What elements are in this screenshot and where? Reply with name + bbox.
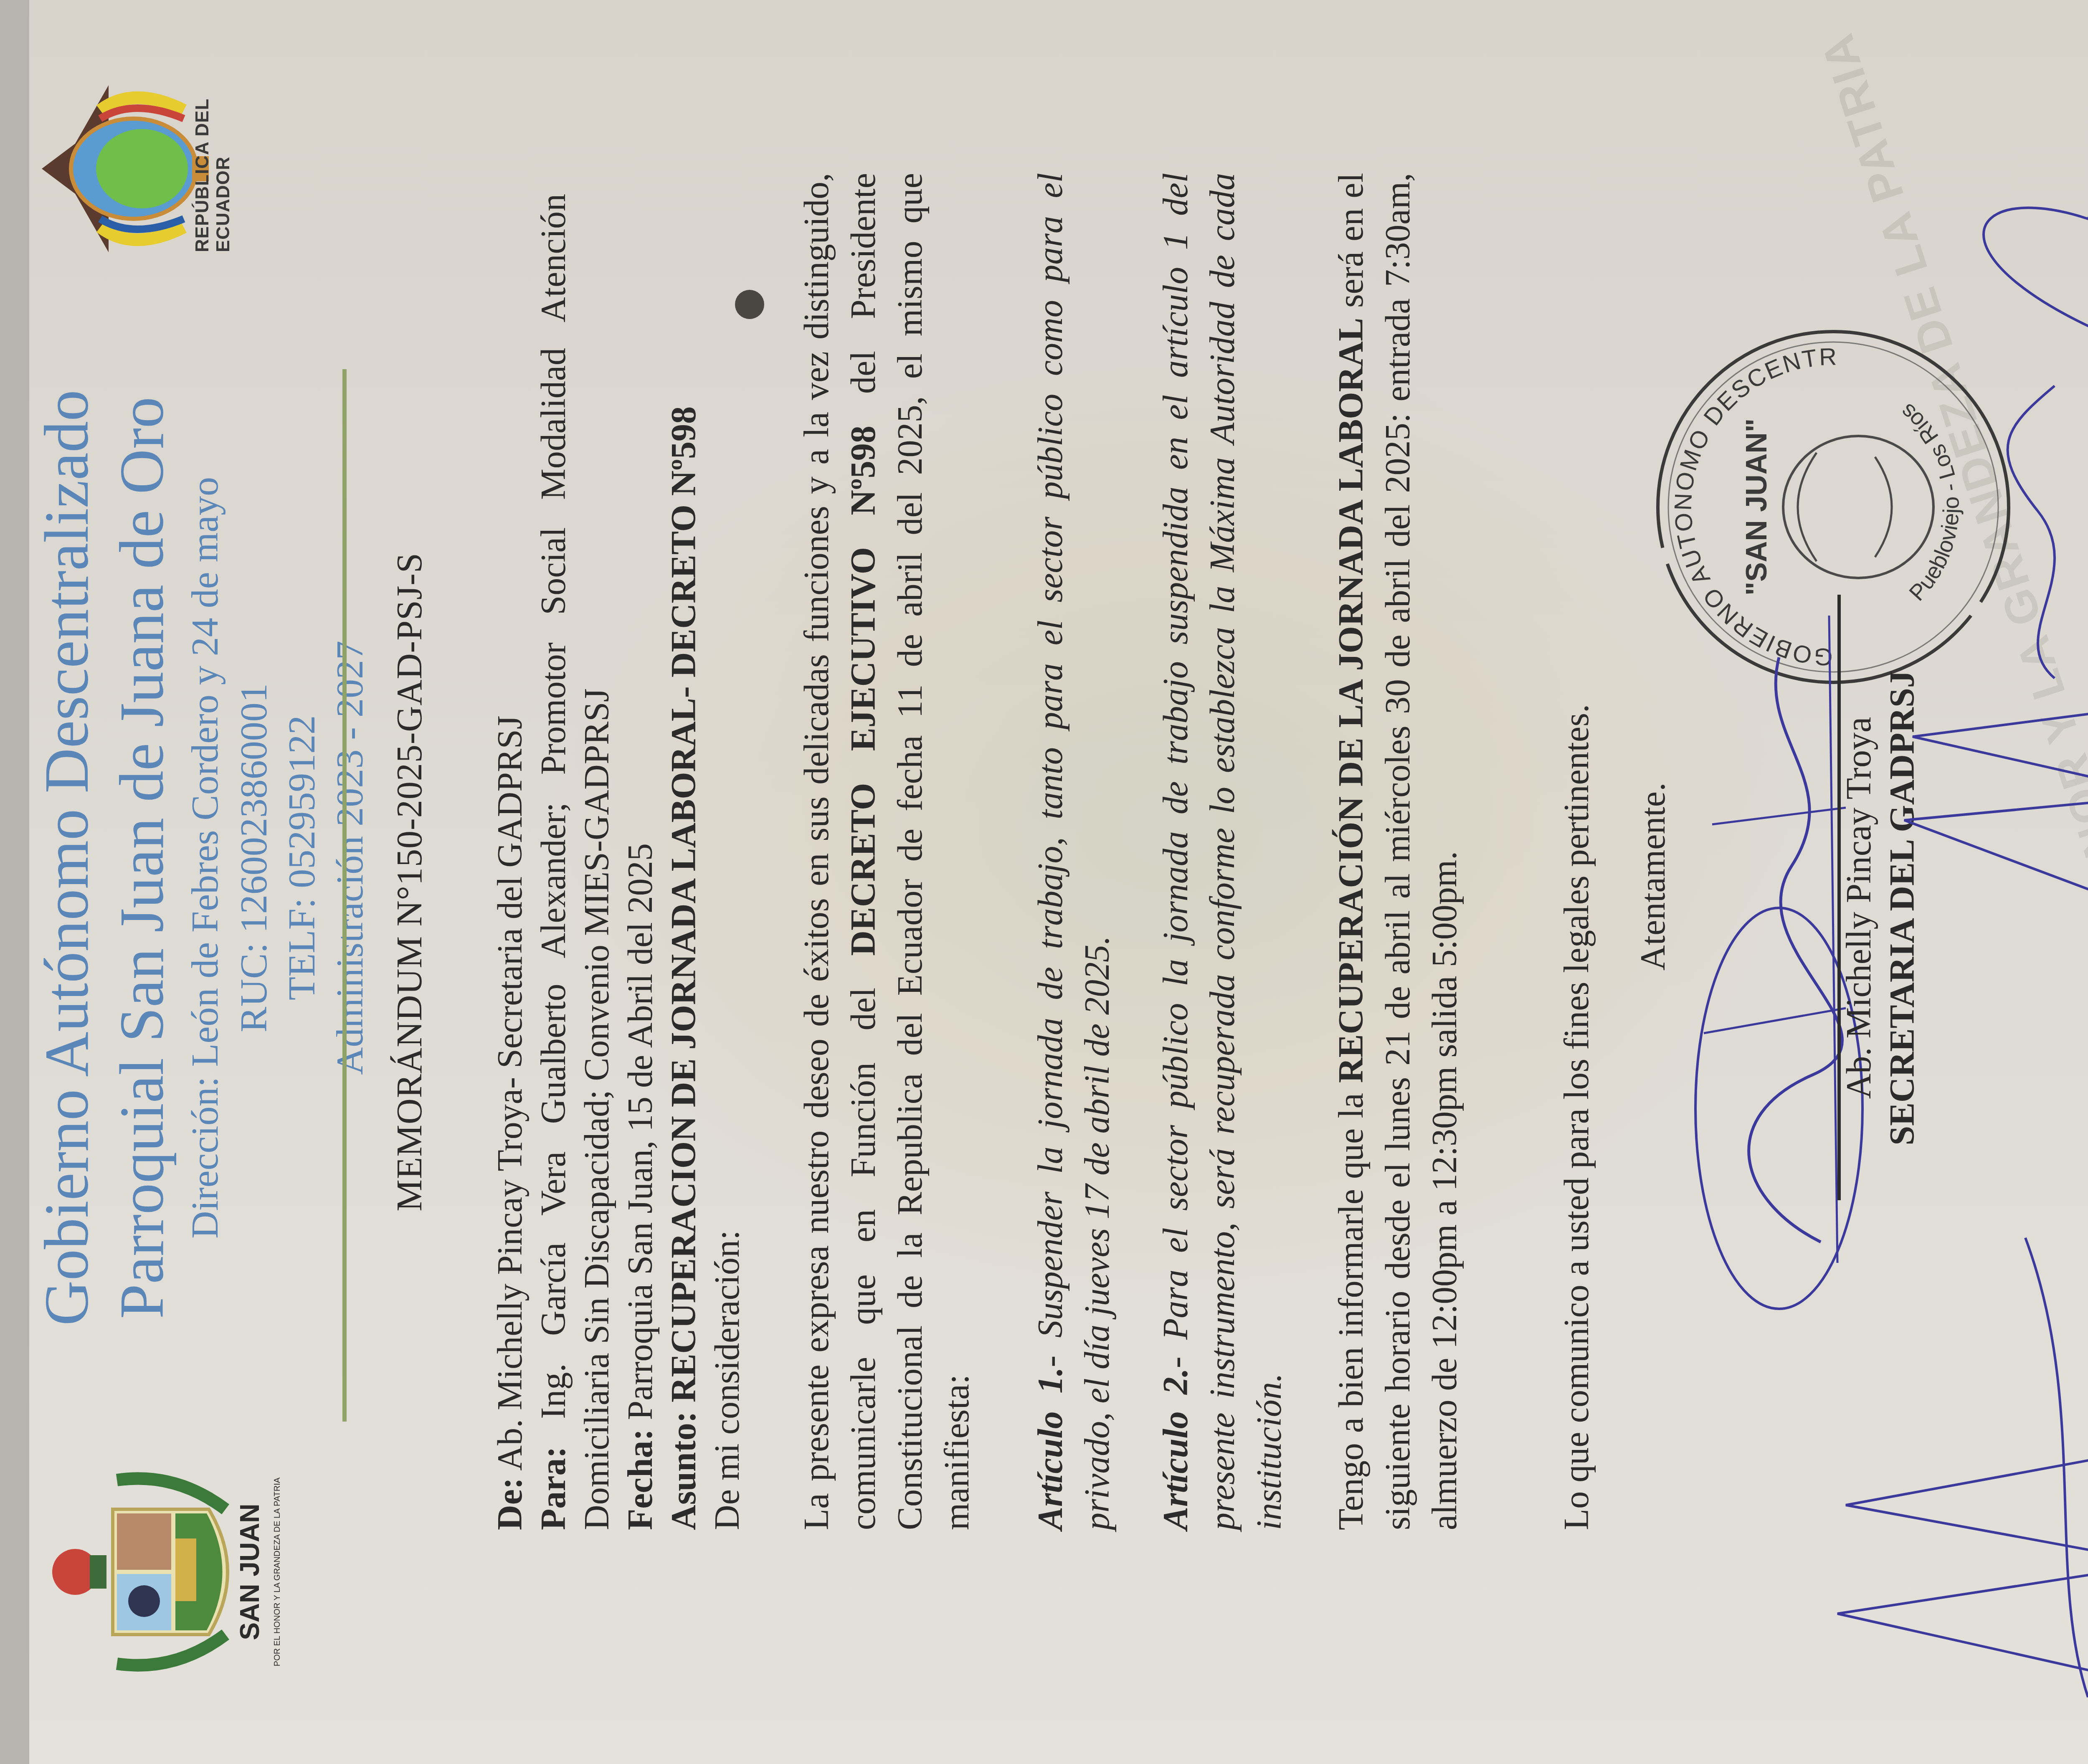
memo-title: MEMORÁNDUM N°150-2025-GAD-PSJ-S [388,0,430,1764]
header-title-line1: Gobierno Autónomo Descentralizado [29,294,104,1422]
paragraph-schedule: Tengo a bien informarle que la RECUPERAC… [1328,173,1468,1530]
svg-text:SAN JUAN: SAN JUAN [235,1503,265,1640]
article-1: Artículo 1.- Suspender la jornada de tra… [1027,173,1121,1530]
recibi-signature-icon [1879,10,2088,971]
svg-text:POR EL HONOR Y LA GRANDEZA DE: POR EL HONOR Y LA GRANDEZA DE LA PATRIA [273,1477,282,1666]
svg-text:"SAN JUAN": "SAN JUAN" [1740,418,1773,596]
meta-para: Para: Ing. García Vera Gualberto Alexand… [532,194,619,1530]
memo-meta: De: Ab. Michelly Pincay Troya- Secretari… [489,194,749,1530]
header-title-line2: Parroquial San Juan de Juana de Oro [104,294,180,1422]
letterhead: Gobierno Autónomo Descentralizado Parroq… [29,294,374,1422]
paragraph-intro: La presente expresa nuestro deseo de éxi… [793,173,981,1530]
header-administration: Administración 2023 - 2027 [326,294,374,1422]
header-ruc: RUC: 1260023860001 [230,294,278,1422]
article-2: Artículo 2.- Para el sector público la j… [1153,173,1293,1530]
meta-asunto: Asunto: RECUPERACION DE JORNADA LABORAL-… [662,194,706,1530]
san-juan-coat-of-arms-icon: SAN JUAN POR EL HONOR Y LA GRANDEZA DE L… [50,1463,292,1680]
header-divider [342,369,347,1422]
header-telf: TELF: 052959122 [278,294,326,1422]
republica-label: REPÚBLICA DEL ECUADOR [192,0,234,252]
meta-fecha: Fecha: Parroquia San Juan, 15 de Abril d… [619,194,662,1530]
paragraph-closing: Lo que comunico a usted para los fines l… [1553,173,1600,1530]
meta-salutation: De mi consideración: [706,194,749,1530]
autorizado-signature-icon [1796,1154,2088,1739]
meta-de: De: Ab. Michelly Pincay Troya- Secretari… [489,194,532,1530]
header-address: Dirección: León de Febres Cordero y 24 d… [180,294,230,1422]
memo-page: POR EL HONOR Y LA GRANDEZA DE LA PATRIA … [0,0,2088,1764]
